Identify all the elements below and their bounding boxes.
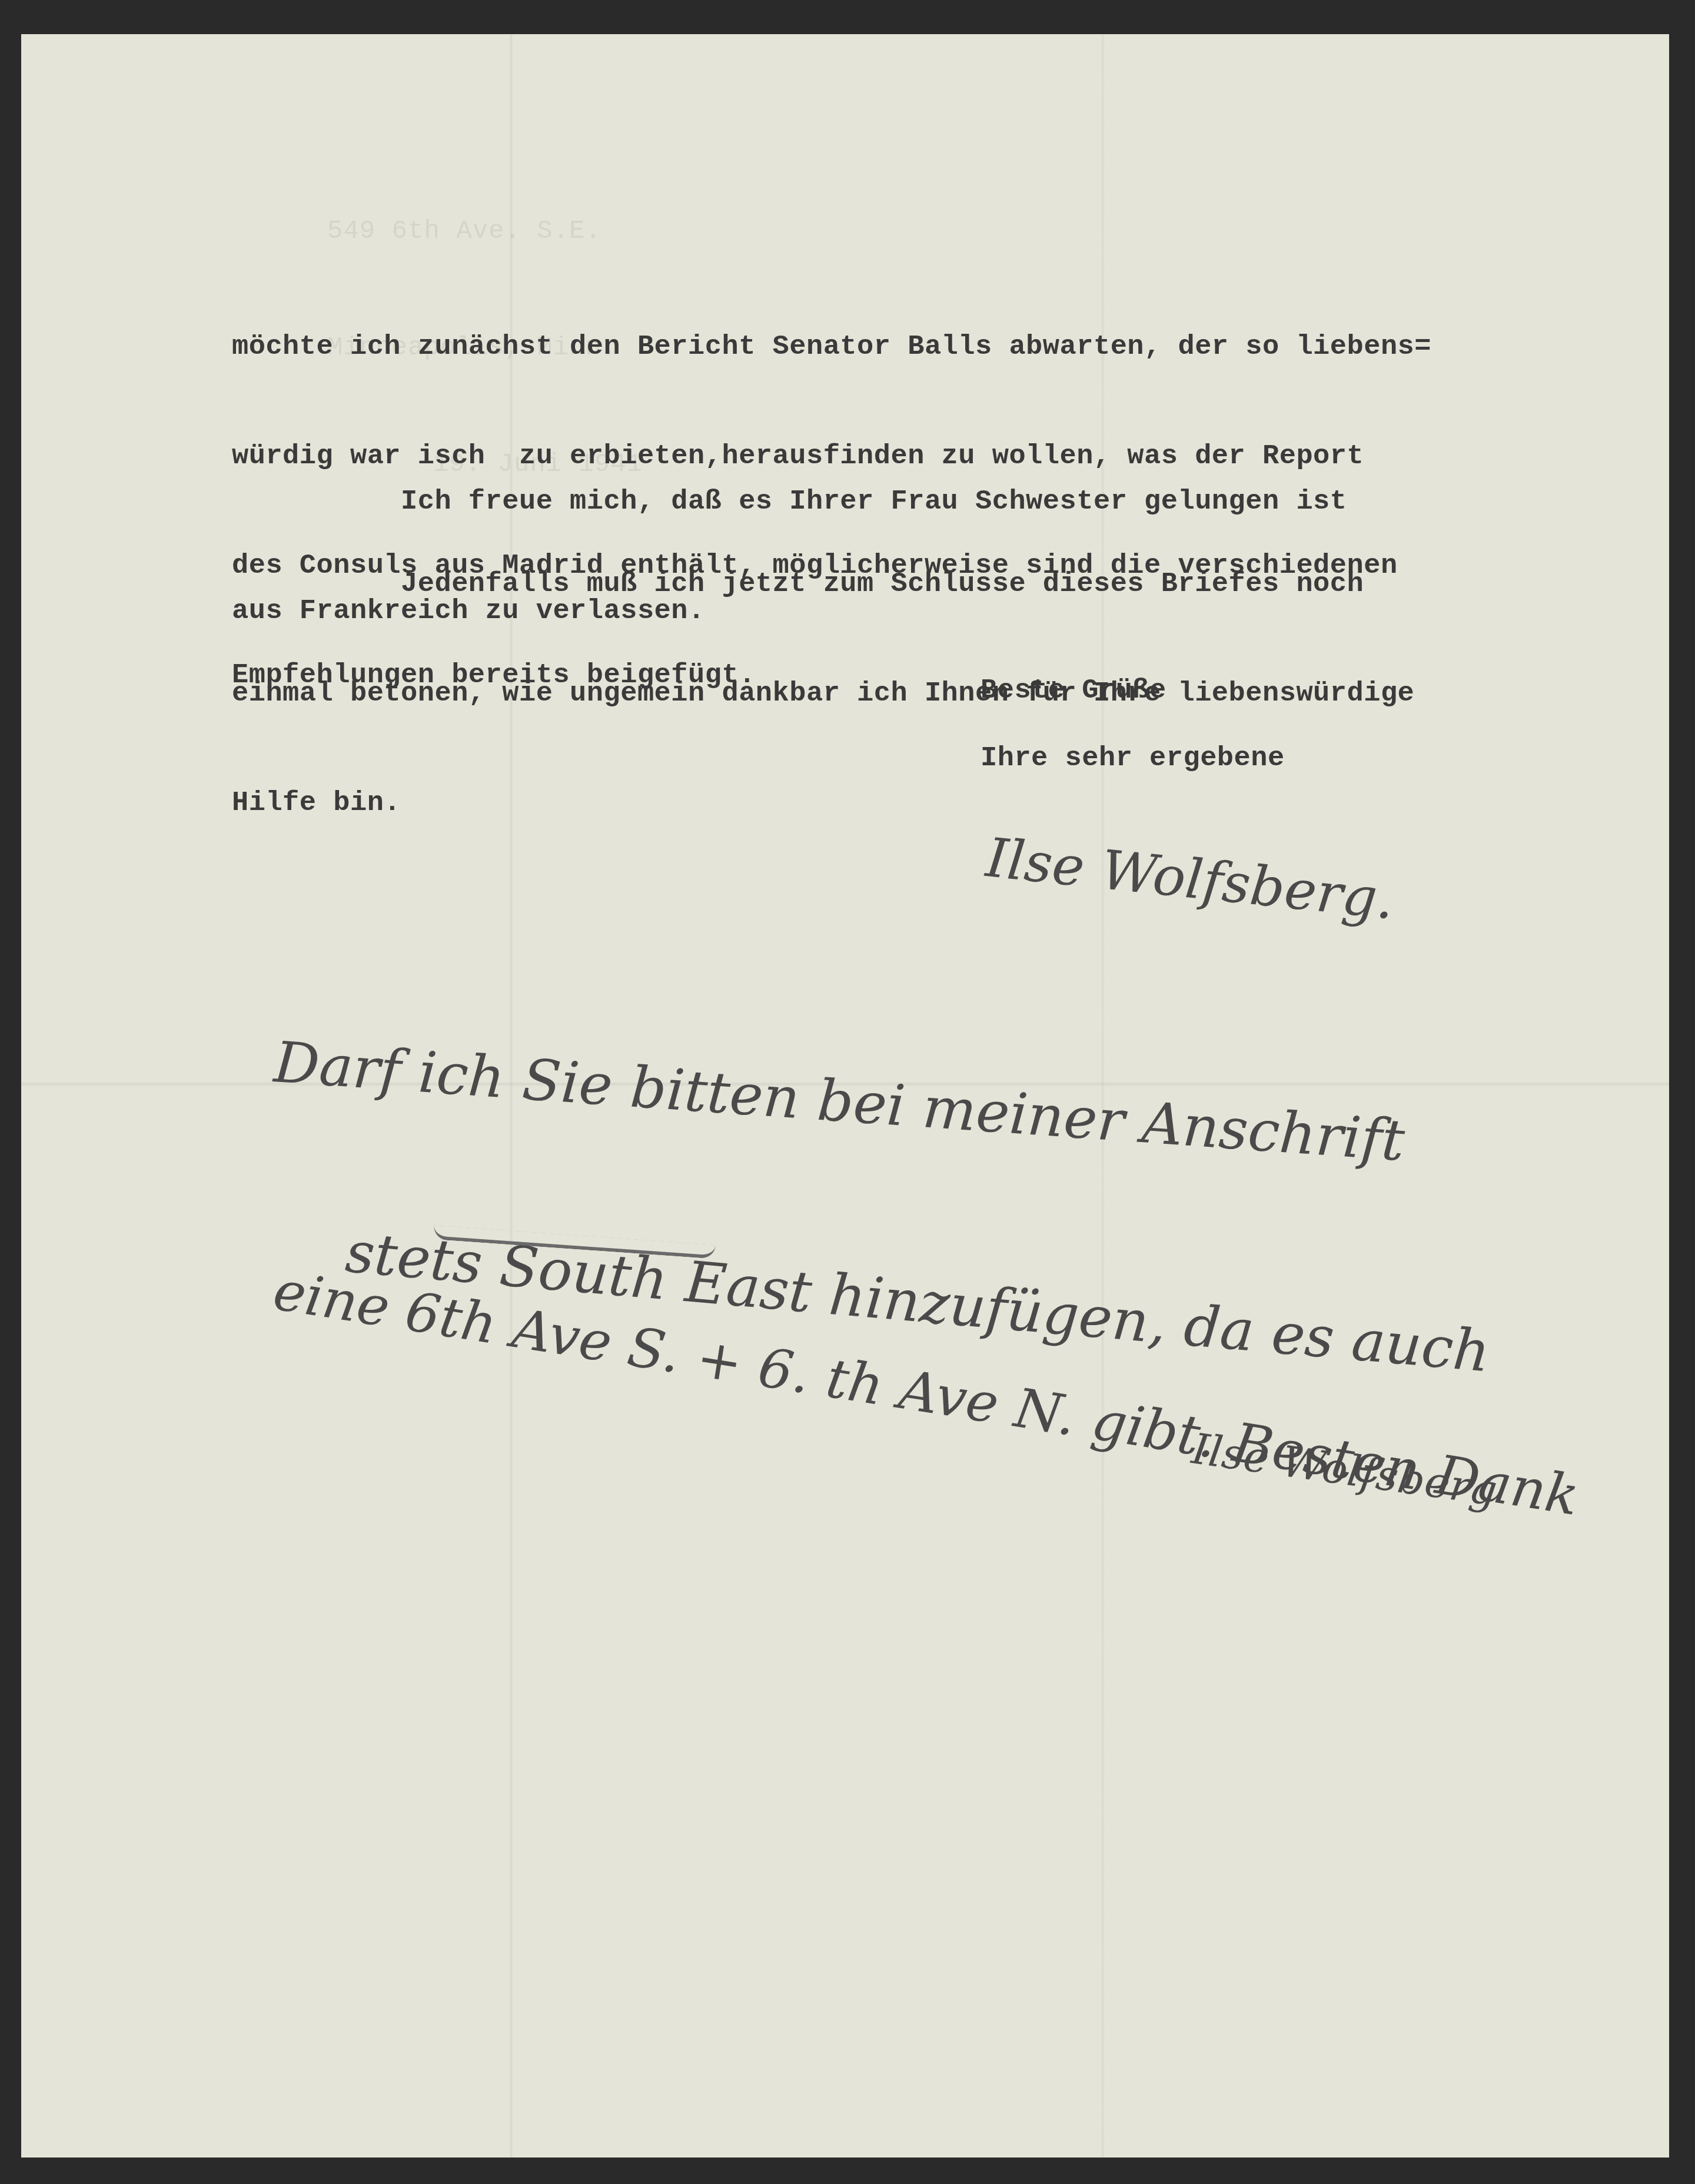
postscript-line-1: Darf ich Sie bitten bei meiner Anschrift bbox=[272, 1029, 1407, 1174]
closing-salutation: Beste Grüße bbox=[981, 673, 1166, 709]
letter-page: 549 6th Ave. S.E. Minneapolis, Minn. 19.… bbox=[21, 34, 1669, 2158]
closing-valediction: Ihre sehr ergebene bbox=[981, 741, 1285, 777]
text-line: einmal betonen, wie ungemein dankbar ich… bbox=[232, 676, 1414, 712]
text-line: möchte ich zunächst den Bericht Senator … bbox=[232, 329, 1431, 366]
paragraph-3: Jedenfalls muß ich jetzt zum Schlusse di… bbox=[232, 493, 1414, 895]
show-through-address-1: 549 6th Ave. S.E. bbox=[327, 212, 643, 251]
text-line: Jedenfalls muß ich jetzt zum Schlusse di… bbox=[232, 566, 1414, 603]
text-line: Hilfe bin. bbox=[232, 785, 1414, 822]
